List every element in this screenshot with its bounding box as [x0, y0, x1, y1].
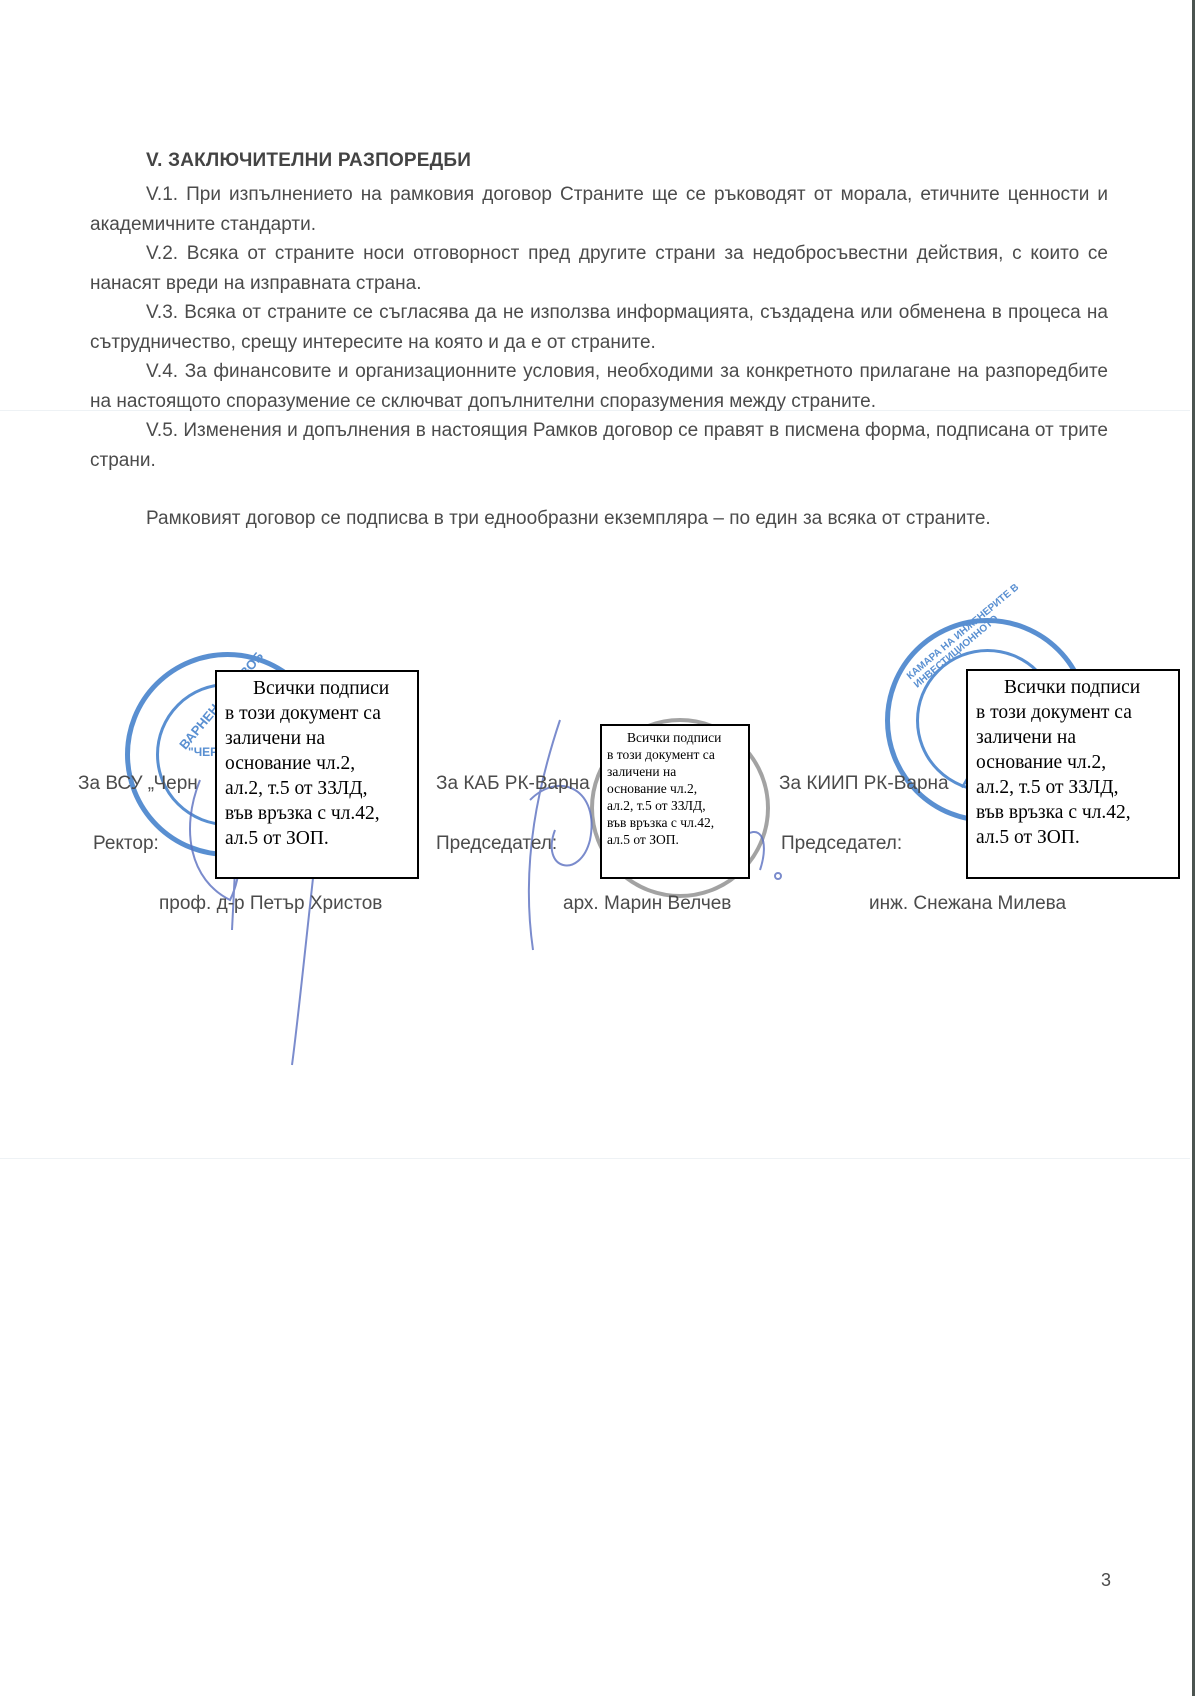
redaction-line: основание чл.2, — [607, 780, 743, 797]
scan-artifact-line — [0, 1158, 1190, 1159]
paragraph-v5: V.5. Изменения и допълнения в настоящия … — [90, 416, 1108, 475]
signatory-2-party: За КАБ РК-Варна — [436, 773, 590, 795]
signatory-1-role: Ректор: — [93, 833, 159, 855]
redaction-line: във връзка с чл.42, — [976, 800, 1170, 825]
signatory-2-role: Председател: — [436, 833, 557, 855]
signatory-3-name: инж. Снежана Милева — [869, 893, 1066, 915]
redaction-line: заличени на — [607, 763, 743, 780]
scan-edge-line — [1192, 0, 1195, 1696]
redaction-line: Всички подписи — [976, 675, 1170, 700]
closing-paragraph: Рамковият договор се подписва в три едно… — [90, 504, 1108, 534]
redaction-line: ал.2, т.5 от ЗЗЛД, — [225, 776, 409, 801]
redaction-line: заличени на — [225, 726, 409, 751]
redaction-line: ал.5 от ЗОП. — [976, 825, 1170, 850]
redaction-line: ал.5 от ЗОП. — [607, 831, 743, 848]
redaction-line: основание чл.2, — [225, 751, 409, 776]
redaction-box-left: Всички подписи в този документ са заличе… — [215, 670, 419, 879]
vsu-stamp-inner-text: "ЧЕР — [188, 745, 218, 759]
redaction-line: ал.2, т.5 от ЗЗЛД, — [607, 797, 743, 814]
redaction-box-middle: Всички подписи в този документ са заличе… — [600, 724, 750, 879]
redaction-line: основание чл.2, — [976, 750, 1170, 775]
signatory-1-name: проф. д-р Петър Христов — [159, 893, 382, 915]
signatory-3-party: За КИИП РК-Варна — [779, 773, 949, 795]
redaction-line: във връзка с чл.42, — [607, 814, 743, 831]
redaction-line: Всички подписи — [607, 729, 743, 746]
redaction-line: в този документ са — [976, 700, 1170, 725]
page-number: 3 — [1101, 1570, 1111, 1591]
redaction-line: в този документ са — [225, 701, 409, 726]
redaction-line: заличени на — [976, 725, 1170, 750]
redaction-line: във връзка с чл.42, — [225, 801, 409, 826]
redaction-line: Всички подписи — [225, 676, 409, 701]
paragraph-v2: V.2. Всяка от страните носи отговорност … — [90, 239, 1108, 298]
section-heading: V. ЗАКЛЮЧИТЕЛНИ РАЗПОРЕДБИ — [146, 150, 1108, 172]
final-provisions-section: V. ЗАКЛЮЧИТЕЛНИ РАЗПОРЕДБИ V.1. При изпъ… — [90, 150, 1108, 534]
signatory-3-role: Председател: — [781, 833, 902, 855]
redaction-line: ал.2, т.5 от ЗЗЛД, — [976, 775, 1170, 800]
redaction-line: ал.5 от ЗОП. — [225, 826, 409, 851]
redaction-line: в този документ са — [607, 746, 743, 763]
signatory-1-party: За ВСУ „Черн — [78, 773, 198, 795]
redaction-box-right: Всички подписи в този документ са заличе… — [966, 669, 1180, 879]
signatory-2-name: арх. Марин Велчев — [563, 893, 731, 915]
paragraph-v3: V.3. Всяка от страните се съгласява да н… — [90, 298, 1108, 357]
paragraph-v4: V.4. За финансовите и организационните у… — [90, 357, 1108, 416]
paragraph-v1: V.1. При изпълнението на рамковия догово… — [90, 180, 1108, 239]
